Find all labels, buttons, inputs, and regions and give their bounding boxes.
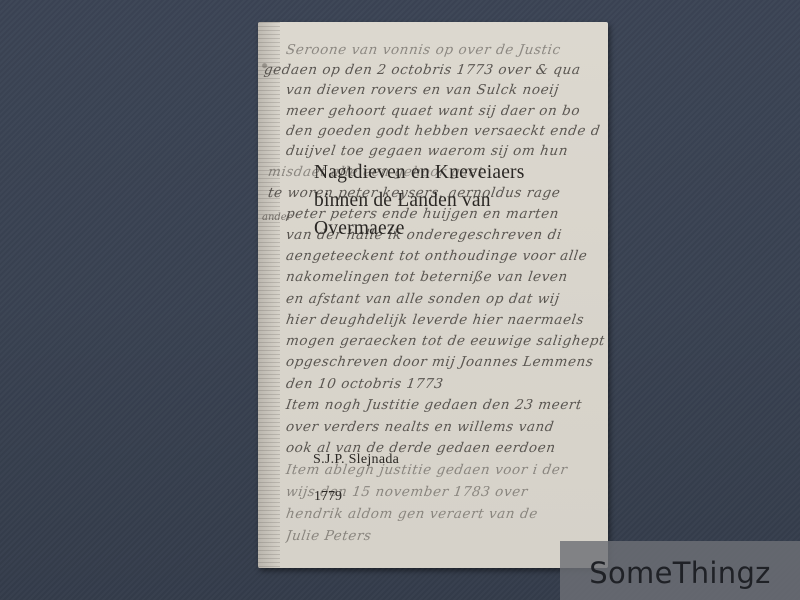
- handwriting-line: den goeden godt hebben versaeckt ende d: [285, 123, 605, 139]
- handwriting-line: van dieven rovers en van Sulck noeij: [285, 82, 605, 98]
- handwriting-line: nakomelingen tot beterniße van leven: [285, 269, 605, 285]
- book-author: S.J.P. Slejnada: [313, 452, 399, 468]
- handwriting-line: hendrik aldom gen veraert van de: [285, 506, 605, 522]
- handwriting-line: duijvel toe gegaen waerom sij om hun: [285, 143, 605, 159]
- handwriting-line: aengeteeckent tot onthoudinge voor alle: [285, 248, 605, 264]
- handwriting-line: hier deughdelijk leverde hier naermaels: [285, 312, 605, 328]
- book-year: 1779: [314, 489, 342, 505]
- handwriting-line: en afstant van alle sonden op dat wij: [285, 291, 605, 307]
- handwriting-line: Julie Peters: [285, 528, 605, 544]
- handwriting-line: opgeschreven door mij Joannes Lemmens: [285, 354, 605, 370]
- book-cover: Seroone van vonnis op over de Justic ged…: [258, 22, 608, 568]
- handwriting-line: Seroone van vonnis op over de Justic: [285, 42, 605, 58]
- watermark-logo: SomeThingz: [560, 541, 800, 600]
- handwriting-line: mogen geraecken tot de eeuwige salighept: [285, 333, 605, 349]
- handwriting-line: den 10 octobris 1773: [285, 376, 605, 392]
- book-title: Nagtdieven en Kneveiaers binnen de Lande…: [314, 159, 525, 243]
- title-line-3: Overmaeze: [314, 215, 525, 243]
- margin-note: ander: [262, 212, 292, 223]
- title-line-1: Nagtdieven en Kneveiaers: [314, 159, 525, 187]
- spine-stain: [258, 22, 280, 568]
- watermark-text: SomeThingz: [589, 556, 770, 590]
- handwriting-line: Item nogh Justitie gedaen den 23 meert: [285, 397, 605, 413]
- handwriting-line: over verders nealts en willems vand: [285, 419, 605, 435]
- handwriting-line: meer gehoort quaet want sij daer on bo: [285, 103, 605, 119]
- handwriting-line: gedaen op den 2 octobris 1773 over & qua: [263, 62, 605, 78]
- title-line-2: binnen de Landen van: [314, 187, 525, 215]
